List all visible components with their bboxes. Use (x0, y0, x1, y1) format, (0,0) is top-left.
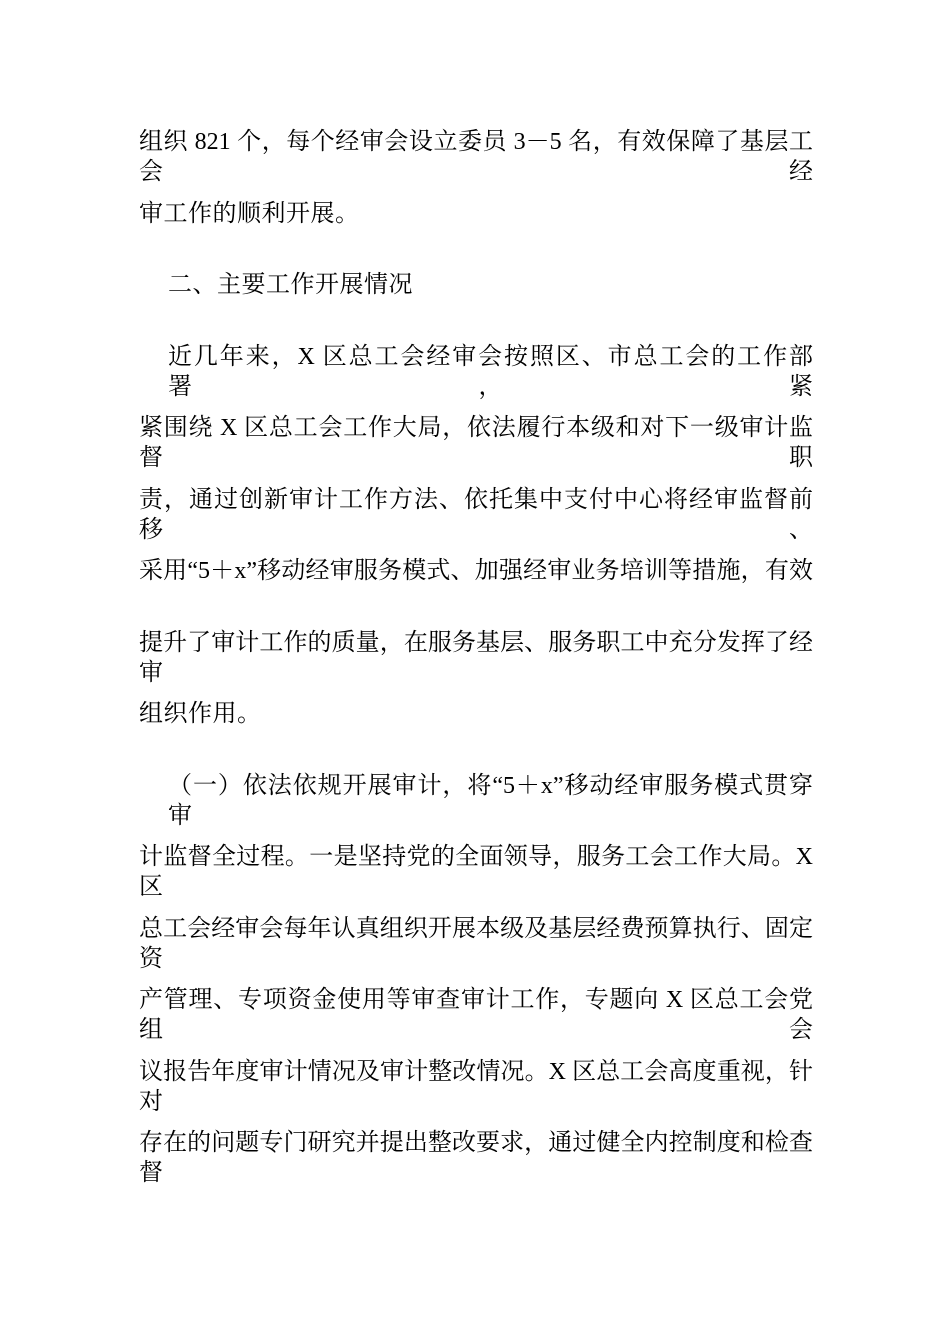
text-line: 近几年来，X 区总工会经审会按照区、市总工会的工作部署，紧 (139, 342, 813, 372)
text-line: 组织 821 个，每个经审会设立委员 3－5 名，有效保障了基层工会经 (139, 127, 813, 157)
document-page: 组织 821 个，每个经审会设立委员 3－5 名，有效保障了基层工会经审工作的顺… (0, 0, 950, 1344)
text-line: 计监督全过程。一是坚持党的全面领导，服务工会工作大局。X 区 (139, 842, 813, 872)
text-line: 审工作的顺利开展。 (139, 199, 813, 229)
text-line: （一）依法依规开展审计，将“5＋x”移动经审服务模式贯穿审 (139, 771, 813, 801)
text-line: 总工会经审会每年认真组织开展本级及基层经费预算执行、固定资 (139, 914, 813, 944)
text-line: 存在的问题专门研究并提出整改要求，通过健全内控制度和检查督 (139, 1128, 813, 1158)
text-line: 议报告年度审计情况及审计整改情况。X 区总工会高度重视，针对 (139, 1057, 813, 1087)
text-line: 提升了审计工作的质量，在服务基层、服务职工中充分发挥了经审 (139, 628, 813, 658)
text-line: 紧围绕 X 区总工会工作大局，依法履行本级和对下一级审计监督职 (139, 413, 813, 443)
text-line: 采用“5＋x”移动经审服务模式、加强经审业务培训等措施，有效 (139, 556, 813, 586)
text-line: 责，通过创新审计工作方法、依托集中支付中心将经审监督前移、 (139, 485, 813, 515)
text-line: 组织作用。 (139, 699, 813, 729)
text-line: 产管理、专项资金使用等审查审计工作，专题向 X 区总工会党组会 (139, 985, 813, 1015)
section-heading-line: 二、主要工作开展情况 (139, 270, 813, 300)
